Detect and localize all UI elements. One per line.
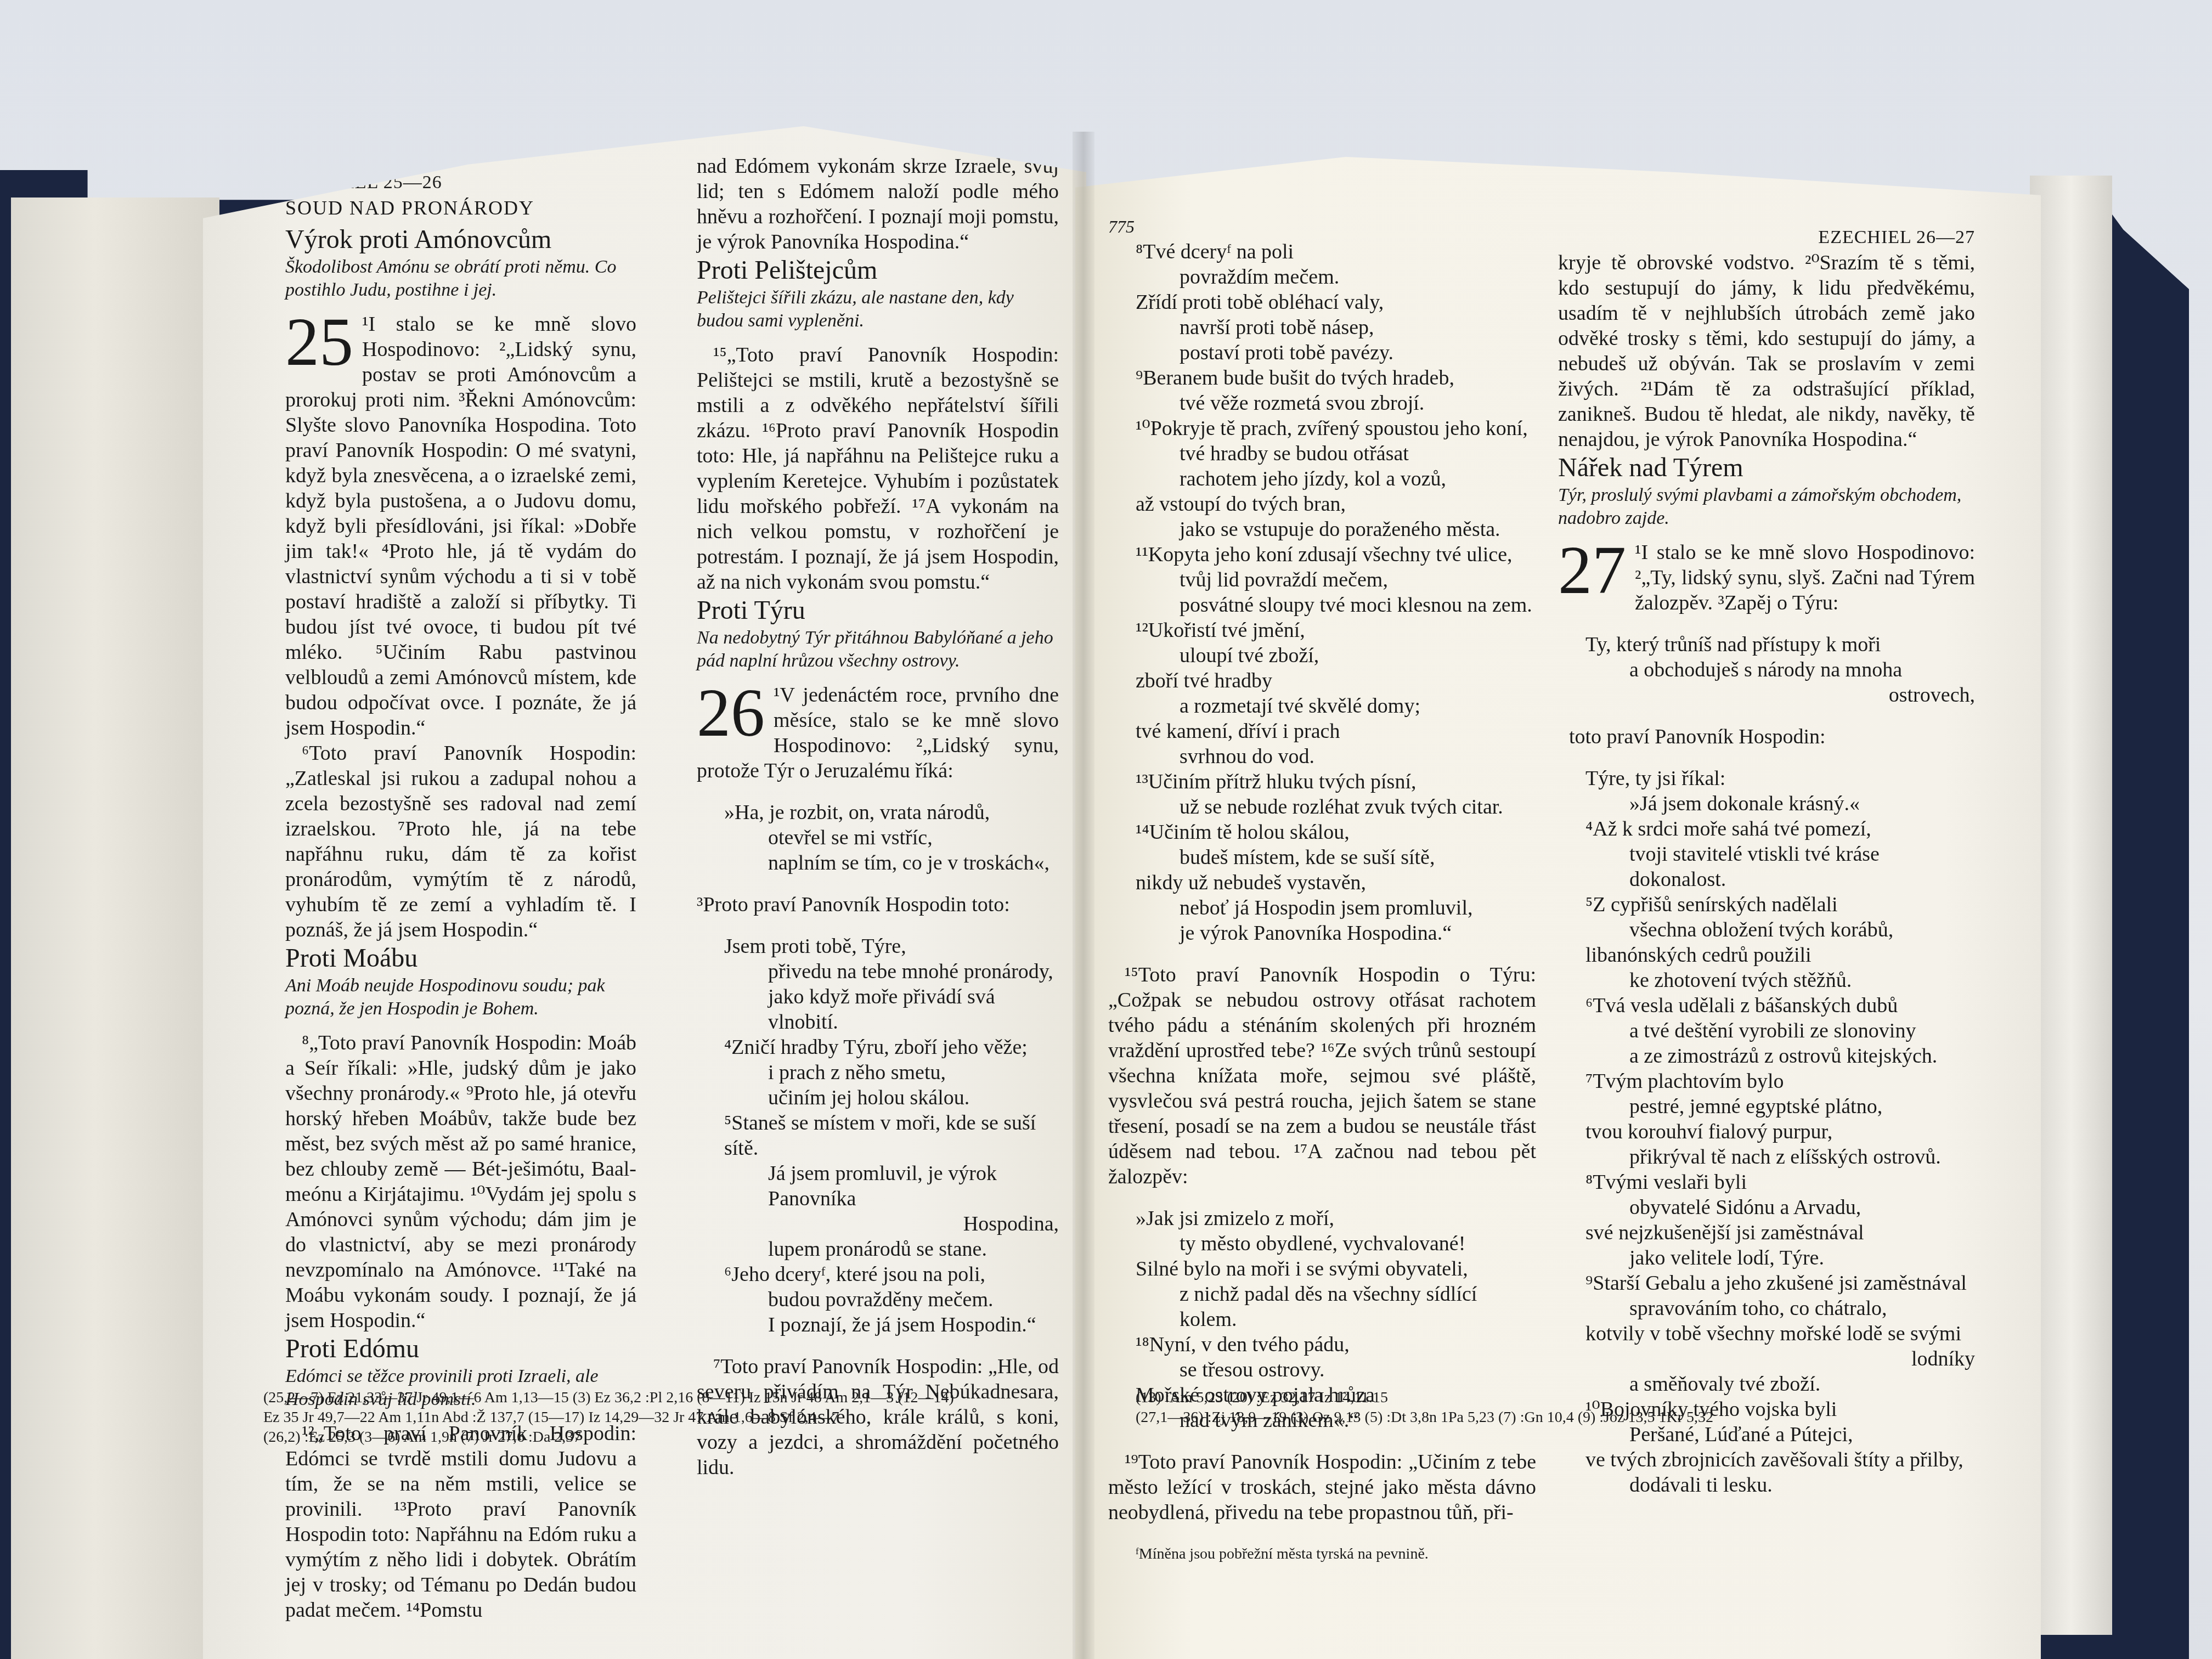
right-page-column-2: EZECHIEL 26—27 kryje tě obrovské vodstvo… [1558,225,1975,1498]
poem-line: »Jak jsi zmizelo z moří, [1108,1206,1536,1231]
paragraph: ¹⁵„Toto praví Panovník Hospodin: Pelište… [697,342,1059,595]
poem-line: »Já jsem dokonale krásný.« [1558,791,1975,816]
poem-line: jako když moře přivádí svá vlnobití. [697,984,1059,1035]
poem-line: Týre, ty jsi říkal: [1558,766,1975,791]
heading-pelistejcum: Proti Pelištejcům [697,255,1059,286]
poem-line: ⁶Jeho dceryᶠ, které jsou na poli, [697,1262,1059,1287]
poem-line: jako velitele lodí, Týre. [1558,1245,1975,1271]
poem-line: a ze zimostrázů z ostrovů kitejských. [1558,1043,1975,1069]
page-number: 775 [1108,214,1536,239]
poem-line: z nichž padal děs na všechny sídlící kol… [1108,1282,1536,1332]
poem-line: ty město obydlené, vychvalované! [1108,1231,1536,1256]
cross-references: (13) :Am 5,23 (20) :Ez 32,17 Iz 14,11.15… [1136,1388,2002,1427]
right-page-stack [2030,176,2112,1635]
poem-line: ⁴Zničí hradby Týru, zboří jeho věže; [697,1035,1059,1060]
summary: Škodolibost Amónu se obrátí proti němu. … [285,256,636,302]
summary: Pelištejci šířili zkázu, ale nastane den… [697,286,1059,332]
poem-line: přivedu na tebe mnohé pronárody, [697,959,1059,984]
poem-line: ¹¹Kopyta jeho koní zdusají všechny tvé u… [1108,542,1536,567]
poem-line: ⁹Beranem bude bušit do tvých hradeb, [1108,365,1536,391]
poem-line: neboť já Hospodin jsem promluvil, [1108,895,1536,921]
poem-line: ⁵Staneš se místem v moři, kde se suší sí… [697,1110,1059,1161]
poem-line: jako se vstupuje do poraženého města. [1108,517,1536,542]
right-page: 775 ⁸Tvé dceryᶠ na poli povraždím mečem.… [1075,126,2041,1659]
section-title: SOUD NAD PRONÁRODY [285,195,636,221]
paragraph: ⁶Toto praví Panovník Hospodin: „Zatleska… [285,741,636,943]
poem-line: budeš místem, kde se suší sítě, [1108,845,1536,870]
chapter-number-25: 25 [285,314,353,371]
poem-line: ⁶Tvá vesla udělali z bášanských dubů [1558,993,1975,1018]
poem-line: pestré, jemné egyptské plátno, [1558,1094,1975,1119]
poem-line: ¹²Ukořistí tvé jmění, [1108,618,1536,643]
poem-line: ⁵Z cypřišů senírských nadělali [1558,892,1975,917]
poem-line: lupem pronárodů se stane. [697,1237,1059,1262]
poem-line: všechna obložení tvých korábů, [1558,917,1975,943]
running-head: EZECHIEL 26—27 [1558,225,1975,250]
summary: Na nedobytný Týr přitáhnou Babylóňané a … [697,627,1059,673]
poem-line: tvé věže rozmetá svou zbrojí. [1108,391,1536,416]
poem-line: postaví proti tobě pavézy. [1108,340,1536,365]
poem-line: i prach z něho smetu, [697,1060,1059,1085]
poem-line: dodávali ti lesku. [1558,1472,1975,1498]
poem-line: je výrok Panovníka Hospodina.“ [1108,921,1536,946]
poem-line: už se nebude rozléhat zvuk tvých citar. [1108,794,1536,820]
summary: Týr, proslulý svými plavbami a zámořským… [1558,484,1975,530]
chapter-number-27: 27 [1558,542,1626,599]
poem-line: lodníky [1558,1346,1975,1372]
poem-line: uloupí tvé zboží, [1108,643,1536,668]
summary: Ani Moáb neujde Hospodinovu soudu; pak p… [285,974,636,1020]
poem-line: Já jsem promluvil, je výrok Panovníka [697,1161,1059,1211]
paragraph: ³Proto praví Panovník Hospodin toto: [697,892,1059,917]
footnote: ᶠMíněna jsou pobřežní města tyrská na pe… [1108,1542,1536,1567]
poem-line: ve tvých zbrojnicích zavěšovali štíty a … [1558,1447,1975,1472]
book-gutter [1073,132,1094,1659]
poem-line: »Ha, je rozbit, on, vrata národů, [697,800,1059,825]
poem-line: se třesou ostrovy. [1108,1357,1536,1383]
poem-line: tvůj lid povraždí mečem, [1108,567,1536,592]
left-page: EZECHIEL 25—26 SOUD NAD PRONÁRODY Výrok … [203,126,1086,1659]
poem-line: I poznají, že já jsem Hospodin.“ [697,1312,1059,1338]
poem-line: až vstoupí do tvých bran, [1108,492,1536,517]
poem-line: ¹⁴Učiním tě holou skálou, [1108,820,1536,845]
poem-line: a rozmetají tvé skvělé domy; [1108,693,1536,719]
poem-line: Zřídí proti tobě obléhací valy, [1108,290,1536,315]
poem-line: přikrýval tě nach z elíšských ostrovů. [1558,1144,1975,1170]
poem-line: ostrovech, [1558,682,1975,708]
poem-line: ⁸Tvé dceryᶠ na poli [1108,239,1536,264]
poem-line: ⁸Tvými veslaři byli [1558,1170,1975,1195]
poem-line: libanónských cedrů použili [1558,943,1975,968]
left-page-column-2: nad Edómem vykonám skrze Izraele, svůj l… [697,154,1059,1480]
heading-narek-nad-tyrem: Nářek nad Týrem [1558,452,1975,484]
poem-line: ¹⁸Nyní, v den tvého pádu, [1108,1332,1536,1357]
poem-line: ⁴Až k srdci moře sahá tvé pomezí, [1558,816,1975,842]
xref-line: (13) :Am 5,23 (20) :Ez 32,17 Iz 14,11.15 [1136,1388,2002,1408]
poem-line: Silné bylo na moři i se svými obyvateli, [1108,1256,1536,1282]
chapter-number-26: 26 [697,685,765,742]
paragraph: kryje tě obrovské vodstvo. ²⁰Srazím tě s… [1558,250,1975,452]
poem-line: tvou korouhví fialový purpur, [1558,1119,1975,1144]
heading-edomu: Proti Edómu [285,1333,636,1365]
poem-line: ¹⁰Pokryje tě prach, zvířený spoustou jeh… [1108,416,1536,441]
poem-line: otevřel se mi vstříc, [697,825,1059,850]
poem-line: rachotem jeho jízdy, kol a vozů, [1108,466,1536,492]
heading-moabu: Proti Moábu [285,943,636,974]
poem-line: učiním jej holou skálou. [697,1085,1059,1110]
poem-line: tvé kamení, dříví i prach [1108,719,1536,744]
poem-line: tvé hradby se budou otřásat [1108,441,1536,466]
cross-references: (25,2—7) Ez 21,33—37 Jr 49,1—6 Am 1,13—1… [263,1388,1064,1447]
poem-line: a obchoduješ s národy na mnoha [1558,657,1975,682]
poem-line: Hospodina, [697,1211,1059,1237]
poem-line: Jsem proti tobě, Týre, [697,934,1059,959]
paragraph: ¹⁹Toto praví Panovník Hospodin: „Učiním … [1108,1449,1536,1525]
poem-line: kotvily v tobě všechny mořské lodě se sv… [1558,1321,1975,1346]
poem-line: naplním se tím, co je v troskách«, [697,850,1059,876]
xref-line: Ez 35 Jr 49,7—22 Am 1,11n Abd :Ž 137,7 (… [263,1408,1064,1427]
left-page-stack [11,198,219,1659]
poem-line: povraždím mečem. [1108,264,1536,290]
poem-line: ke zhotovení tvých stěžňů. [1558,968,1975,993]
poem-line: obyvatelé Sidónu a Arvadu, [1558,1195,1975,1220]
heading-amonovcum: Výrok proti Amónovcům [285,224,636,256]
heading-tyru: Proti Týru [697,595,1059,627]
poem-line: Ty, který trůníš nad přístupy k moři [1558,632,1975,657]
poem-line: tvoji stavitelé vtiskli tvé kráse dokona… [1558,842,1975,892]
poem-line: navrší proti tobě násep, [1108,315,1536,340]
xref-line: (25,2—7) Ez 21,33—37 Jr 49,1—6 Am 1,13—1… [263,1388,1064,1408]
poem-line: posvátné sloupy tvé moci klesnou na zem. [1108,592,1536,618]
poem-line: ¹³Učiním přítrž hluku tvých písní, [1108,769,1536,794]
right-page-column-1: 775 ⁸Tvé dceryᶠ na poli povraždím mečem.… [1108,214,1536,1567]
poem-line: budou povražděny mečem. [697,1287,1059,1312]
poem-line: zboří tvé hradby [1108,668,1536,693]
poem-line: své nejzkušenější jsi zaměstnával [1558,1220,1975,1245]
poem-line: svrhnou do vod. [1108,744,1536,769]
xref-line: (26,2) :Ez 25,3 (3—6) Am 1,9n (7) Jr 27,… [263,1427,1064,1447]
poem-line: ⁷Tvým plachtovím bylo [1558,1069,1975,1094]
paragraph: toto praví Panovník Hospodin: [1558,724,1975,749]
xref-line: (27,1—36) :Zj 18,9—19 (3) Oz 9,13 (5) :D… [1136,1408,2002,1427]
poem-line: spravováním toho, co chátralo, [1558,1296,1975,1321]
poem-line: ⁹Starší Gebalu a jeho zkušené jsi zaměst… [1558,1271,1975,1296]
paragraph: ¹²„Toto praví Panovník Hospodin: Edómci … [285,1421,636,1623]
poem-line: a tvé deštění vyrobili ze slonoviny [1558,1018,1975,1043]
paragraph: ¹⁵Toto praví Panovník Hospodin o Týru: „… [1108,962,1536,1189]
poem-line: nikdy už nebudeš vystavěn, [1108,870,1536,895]
paragraph: nad Edómem vykonám skrze Izraele, svůj l… [697,154,1059,255]
paragraph: ⁸„Toto praví Panovník Hospodin: Moáb a S… [285,1030,636,1333]
